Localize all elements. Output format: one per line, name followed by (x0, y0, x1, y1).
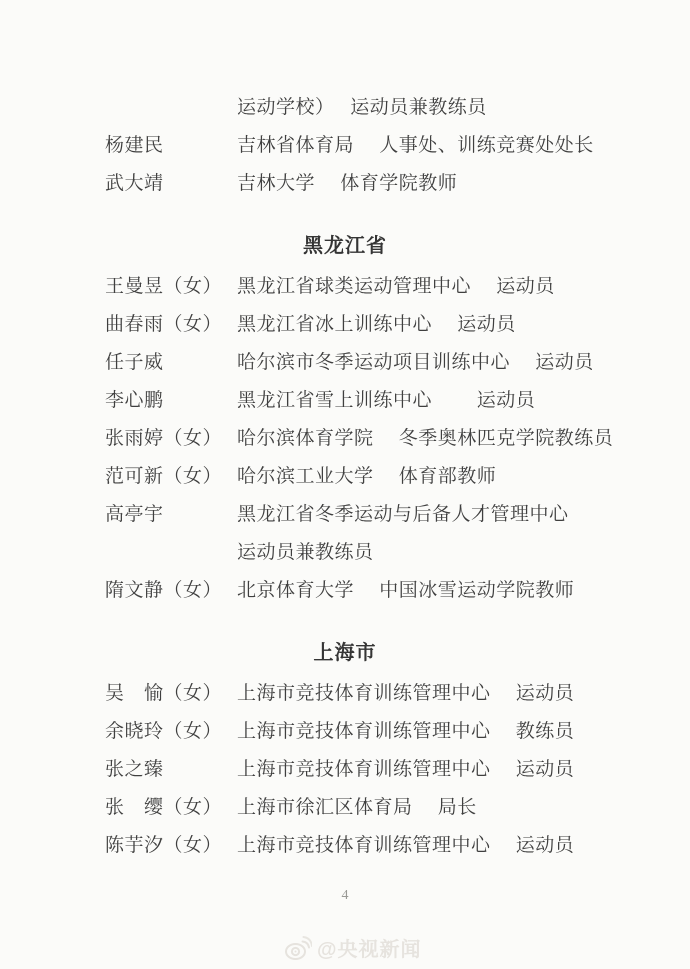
document-body: 运动学校） 运动员兼教练员杨建民吉林省体育局 人事处、训练竞赛处处长武大靖吉林大… (0, 0, 690, 862)
entry-description: 吉林省体育局 人事处、训练竞赛处处长 (237, 130, 670, 157)
entry-row: 隋文静（女）北京体育大学 中国冰雪运动学院教师 (0, 569, 690, 607)
entry-description: 上海市竞技体育训练管理中心 运动员 (237, 678, 670, 705)
entry-row: 张之臻上海市竞技体育训练管理中心 运动员 (0, 748, 690, 786)
entry-description: 哈尔滨工业大学 体育部教师 (237, 461, 670, 488)
entry-row: 张雨婷（女）哈尔滨体育学院 冬季奥林匹克学院教练员 (0, 417, 690, 455)
document-page: 运动学校） 运动员兼教练员杨建民吉林省体育局 人事处、训练竞赛处处长武大靖吉林大… (0, 0, 690, 969)
entry-description: 哈尔滨市冬季运动项目训练中心 运动员 (237, 347, 670, 374)
entry-name: 张 缨（女） (105, 792, 237, 819)
entry-name: 杨建民 (105, 130, 237, 157)
entry-description: 黑龙江省球类运动管理中心 运动员 (237, 271, 670, 298)
entry-name: 曲春雨（女） (105, 309, 237, 336)
weibo-icon (284, 935, 312, 961)
page-number: 4 (0, 886, 690, 906)
entry-description: 哈尔滨体育学院 冬季奥林匹克学院教练员 (237, 423, 670, 450)
entry-name: 陈芋汐（女） (105, 830, 237, 857)
entry-row: 杨建民吉林省体育局 人事处、训练竞赛处处长 (0, 124, 690, 162)
entry-row: 李心鹏黑龙江省雪上训练中心 运动员 (0, 379, 690, 417)
entry-row: 范可新（女）哈尔滨工业大学 体育部教师 (0, 455, 690, 493)
entry-description: 黑龙江省雪上训练中心 运动员 (237, 385, 670, 412)
entry-name: 张之臻 (105, 754, 237, 781)
entry-name: 任子威 (105, 347, 237, 374)
entry-row: 高亭宇黑龙江省冬季运动与后备人才管理中心 (0, 493, 690, 531)
entry-description: 上海市竞技体育训练管理中心 运动员 (237, 754, 670, 781)
section-title: 黑龙江省 (0, 227, 690, 265)
watermark: @央视新闻 (284, 933, 422, 962)
entry-row: 运动员兼教练员 (0, 531, 690, 569)
entry-name: 李心鹏 (105, 385, 237, 412)
entry-row: 陈芋汐（女）上海市竞技体育训练管理中心 运动员 (0, 824, 690, 862)
entry-name: 张雨婷（女） (105, 423, 237, 450)
entry-row: 曲春雨（女）黑龙江省冰上训练中心 运动员 (0, 303, 690, 341)
entry-row: 吴 愉（女）上海市竞技体育训练管理中心 运动员 (0, 672, 690, 710)
entry-description: 上海市徐汇区体育局 局长 (237, 792, 670, 819)
entry-description: 上海市竞技体育训练管理中心 教练员 (237, 716, 670, 743)
entry-description: 黑龙江省冬季运动与后备人才管理中心 (237, 499, 670, 526)
entry-name: 高亭宇 (105, 499, 237, 526)
entry-row: 运动学校） 运动员兼教练员 (0, 86, 690, 124)
section-title: 上海市 (0, 634, 690, 672)
entry-description: 北京体育大学 中国冰雪运动学院教师 (237, 575, 670, 602)
entry-name: 隋文静（女） (105, 575, 237, 602)
entry-name: 王曼昱（女） (105, 271, 237, 298)
entry-description: 上海市竞技体育训练管理中心 运动员 (237, 830, 670, 857)
entry-row: 王曼昱（女）黑龙江省球类运动管理中心 运动员 (0, 265, 690, 303)
entry-row: 张 缨（女）上海市徐汇区体育局 局长 (0, 786, 690, 824)
entry-description: 吉林大学 体育学院教师 (237, 168, 670, 195)
entry-row: 余晓玲（女）上海市竞技体育训练管理中心 教练员 (0, 710, 690, 748)
entry-name: 武大靖 (105, 168, 237, 195)
watermark-label: @央视新闻 (317, 933, 422, 962)
entry-description: 运动学校） 运动员兼教练员 (237, 92, 670, 119)
entry-description: 运动员兼教练员 (237, 537, 670, 564)
entry-description: 黑龙江省冰上训练中心 运动员 (237, 309, 670, 336)
entry-row: 武大靖吉林大学 体育学院教师 (0, 162, 690, 200)
entry-row: 任子威哈尔滨市冬季运动项目训练中心 运动员 (0, 341, 690, 379)
entry-name: 范可新（女） (105, 461, 237, 488)
entry-name: 余晓玲（女） (105, 716, 237, 743)
entry-name: 吴 愉（女） (105, 678, 237, 705)
